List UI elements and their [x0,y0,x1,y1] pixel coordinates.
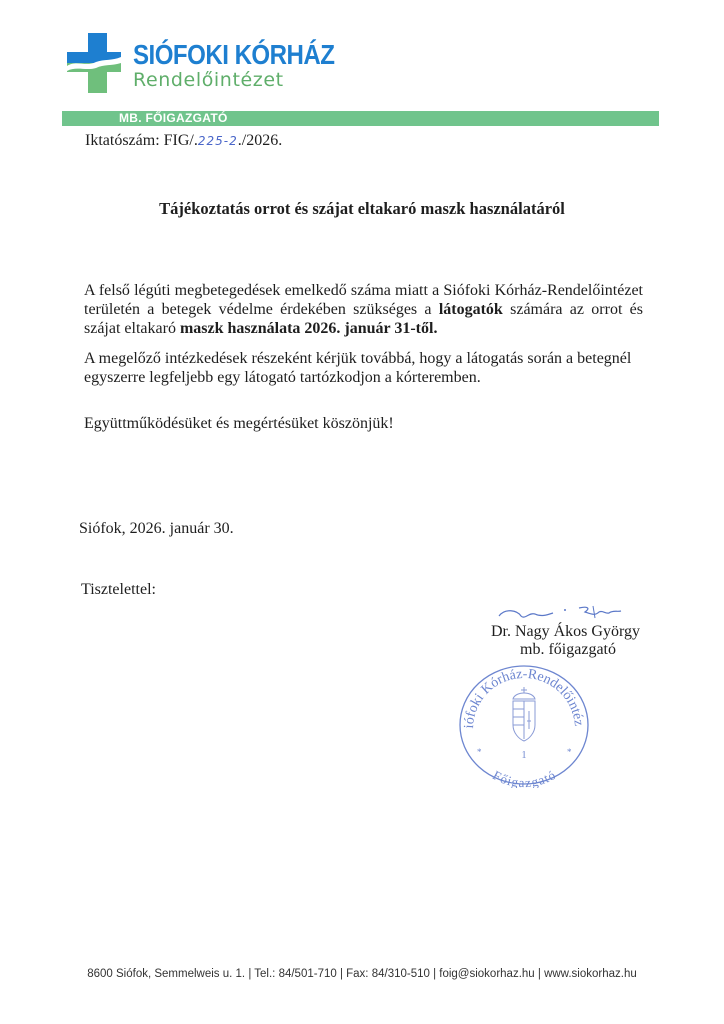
footer-contact: 8600 Siófok, Semmelweis u. 1. | Tel.: 84… [0,968,724,980]
medical-cross-lake-icon [66,33,122,93]
svg-text:Főigazgató: Főigazgató [490,767,557,788]
stamp-text-top: Siófoki Kórház-Rendelőintézet [455,663,586,729]
official-stamp: Siófoki Kórház-Rendelőintézet Főigazgató… [455,663,593,788]
svg-text:*: * [567,747,572,757]
place-date: Siófok, 2026. január 30. [79,520,234,538]
greeting: Tisztelettel: [81,581,156,599]
paragraph-3: Együttműködésüket és megértésüket köszön… [84,414,643,433]
registration-suffix: ./2026. [238,132,282,149]
signer-name: Dr. Nagy Ákos György [480,622,640,641]
signer-title: mb. főigazgató [480,640,616,659]
registration-handwritten-number: 225-2 [198,134,238,148]
registration-number: Iktatószám: FIG/.225-2./2026. [85,131,282,151]
stamp-number: 1 [522,750,527,761]
org-subtitle: Rendelőintézet [133,69,284,91]
handwritten-signature-icon [495,602,625,624]
paragraph-1: A felső légúti megbetegedések emelkedő s… [84,281,643,338]
hungarian-coat-of-arms-icon [513,687,535,741]
svg-text:Siófoki Kórház-Rendelőintézet: Siófoki Kórház-Rendelőintézet [455,663,586,729]
org-name: SIÓFOKI KÓRHÁZ [133,40,334,70]
paragraph-1-bold-visitors: látogatók [439,301,503,318]
paragraph-1-bold-mask-date: maszk használata 2026. január 31-től. [180,320,438,337]
stamp-text-bottom: Főigazgató [490,767,557,788]
registration-label: Iktatószám: FIG/. [85,132,198,149]
document-title: Tájékoztatás orrot és szájat eltakaró ma… [0,199,724,219]
department-label: MB. FŐIGAZGATÓ [119,111,228,126]
svg-text:*: * [477,747,482,757]
paragraph-2: A megelőző intézkedések részeként kérjük… [84,349,643,387]
